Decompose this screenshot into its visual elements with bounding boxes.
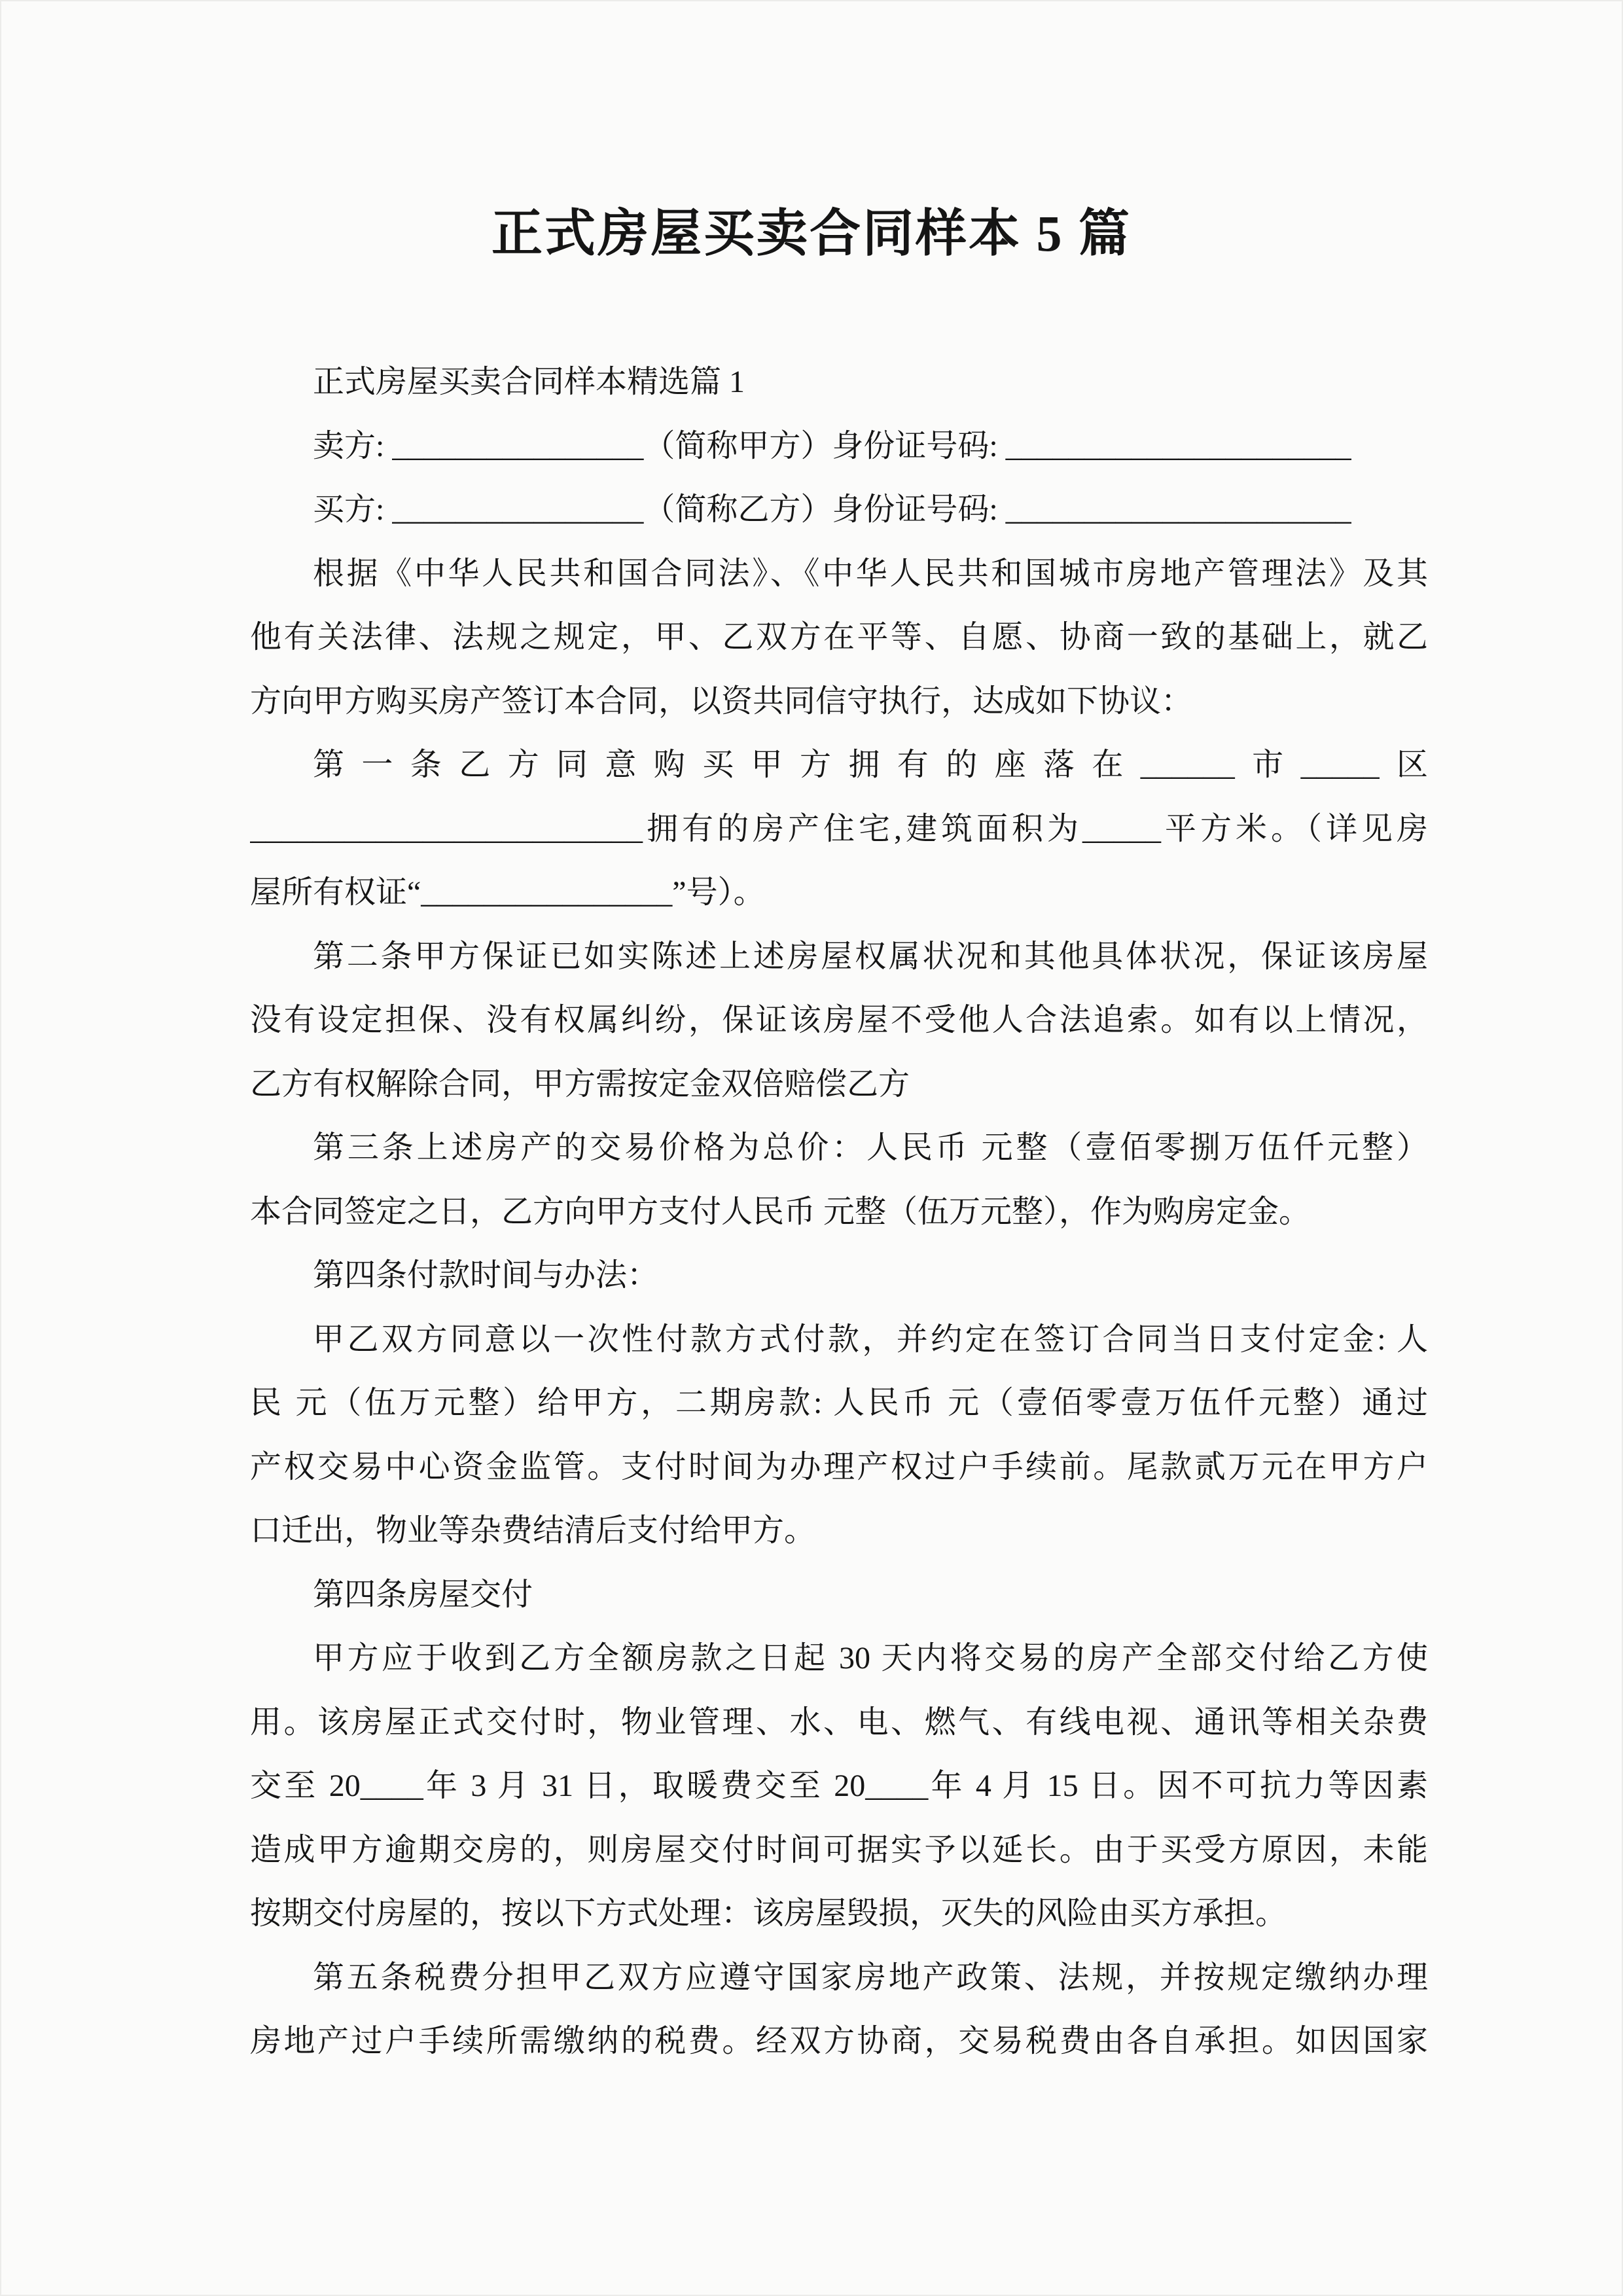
document-line: 第三条上述房产的交易价格为总价：人民币 元整（壹佰零捌万伍仟元整）	[250, 1116, 1428, 1180]
document-title: 正式房屋买卖合同样本 5 篇	[1, 192, 1622, 266]
document-page: 正式房屋买卖合同样本 5 篇 正式房屋买卖合同样本精选篇 1卖方: ______…	[0, 0, 1623, 2296]
document-line: 口迁出，物业等杂费结清后支付给甲方。	[250, 1499, 1428, 1563]
document-line: 甲方应于收到乙方全额房款之日起 30 天内将交易的房产全部交付给乙方使	[250, 1626, 1428, 1691]
document-line: 第四条付款时间与办法：	[250, 1244, 1428, 1308]
document-line: 第一条乙方同意购买甲方拥有的座落在______市_____区	[250, 733, 1428, 797]
document-line: 乙方有权解除合同，甲方需按定金双倍赔偿乙方	[250, 1052, 1428, 1117]
document-line: 房地产过户手续所需缴纳的税费。经双方协商，交易税费由各自承担。如因国家	[250, 2009, 1428, 2073]
document-line: 交至 20____年 3 月 31 日，取暖费交至 20____年 4 月 15…	[250, 1754, 1428, 1818]
document-line: 按期交付房屋的，按以下方式处理：该房屋毁损，灭失的风险由买方承担。	[250, 1882, 1428, 1946]
document-line: 没有设定担保、没有权属纠纷，保证该房屋不受他人合法追索。如有以上情况，	[250, 988, 1428, 1052]
document-line: 第四条房屋交付	[250, 1563, 1428, 1627]
document-line: 造成甲方逾期交房的，则房屋交付时间可据实予以延长。由于买受方原因，未能	[250, 1818, 1428, 1882]
document-line: 屋所有权证“________________”号）。	[250, 861, 1428, 925]
document-line: 方向甲方购买房产签订本合同，以资共同信守执行，达成如下协议：	[250, 670, 1428, 734]
document-line: 本合同签定之日，乙方向甲方支付人民币 元整（伍万元整），作为购房定金。	[250, 1180, 1428, 1244]
document-line: 民 元（伍万元整）给甲方，二期房款: 人民币 元（壹佰零壹万伍仟元整）通过	[250, 1371, 1428, 1435]
document-line: 第二条甲方保证已如实陈述上述房屋权属状况和其他具体状况，保证该房屋	[250, 925, 1428, 989]
document-line: 用。该房屋正式交付时，物业管理、水、电、燃气、有线电视、通讯等相关杂费	[250, 1691, 1428, 1755]
document-line: 根据《中华人民共和国合同法》、《中华人民共和国城市房地产管理法》及其	[250, 542, 1428, 606]
document-line: _________________________拥有的房产住宅,建筑面积为__…	[250, 797, 1428, 861]
document-line: 卖方: ________________（简称甲方）身份证号码: _______…	[250, 414, 1428, 478]
document-line: 他有关法律、法规之规定，甲、乙双方在平等、自愿、协商一致的基础上，就乙	[250, 605, 1428, 670]
document-line: 甲乙双方同意以一次性付款方式付款，并约定在签订合同当日支付定金: 人	[250, 1308, 1428, 1372]
document-body: 正式房屋买卖合同样本精选篇 1卖方: ________________（简称甲方…	[250, 350, 1428, 2073]
document-line: 买方: ________________（简称乙方）身份证号码: _______…	[250, 478, 1428, 542]
document-line: 第五条税费分担甲乙双方应遵守国家房地产政策、法规，并按规定缴纳办理	[250, 1946, 1428, 2010]
document-line: 产权交易中心资金监管。支付时间为办理产权过户手续前。尾款贰万元在甲方户	[250, 1435, 1428, 1499]
document-line: 正式房屋买卖合同样本精选篇 1	[250, 350, 1428, 414]
